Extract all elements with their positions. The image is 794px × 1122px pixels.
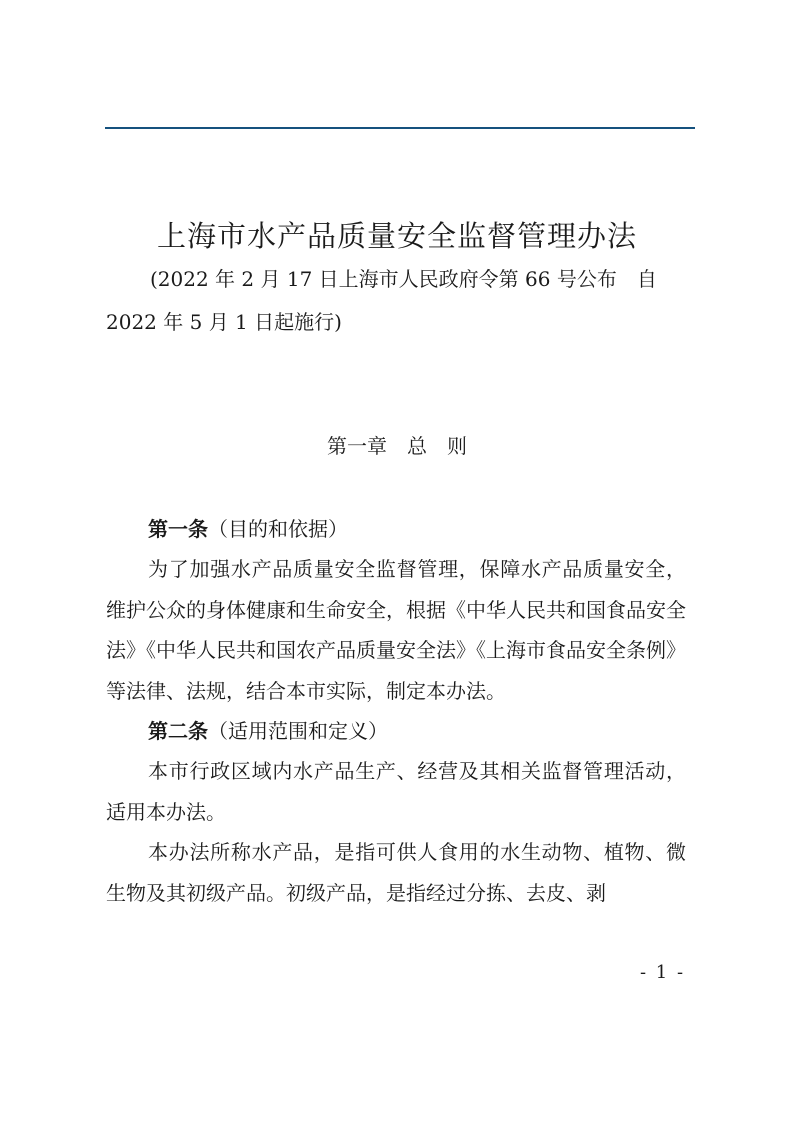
article-paragraph: 本市行政区域内水产品生产、经营及其相关监督管理活动，适用本办法。: [106, 751, 686, 832]
article-heading: 第二条（适用范围和定义）: [106, 711, 686, 751]
article-number: 第二条: [148, 719, 208, 743]
document-subtitle: (2022 年 2 月 17 日上海市人民政府令第 66 号公布 自 2022 …: [106, 258, 666, 344]
document-body: 第一条（目的和依据） 为了加强水产品质量安全监督管理，保障水产品质量安全，维护公…: [106, 509, 686, 913]
article-paragraph: 为了加强水产品质量安全监督管理，保障水产品质量安全，维护公众的身体健康和生命安全…: [106, 549, 686, 711]
article-title: （适用范围和定义）: [208, 719, 388, 743]
subtitle-line-1: (2022 年 2 月 17 日上海市人民政府令第 66 号公布 自: [106, 258, 666, 301]
subtitle-line-2: 2022 年 5 月 1 日起施行): [106, 301, 666, 344]
article-title: （目的和依据）: [208, 517, 348, 541]
article-paragraph: 本办法所称水产品，是指可供人食用的水生动物、植物、微生物及其初级产品。初级产品，…: [106, 832, 686, 913]
chapter-heading: 第一章 总 则: [0, 428, 794, 464]
header-rule: [105, 127, 695, 129]
article-heading: 第一条（目的和依据）: [106, 509, 686, 549]
document-title: 上海市水产品质量安全监督管理办法: [0, 212, 794, 260]
page-number: - 1 -: [640, 962, 685, 983]
article-number: 第一条: [148, 517, 208, 541]
